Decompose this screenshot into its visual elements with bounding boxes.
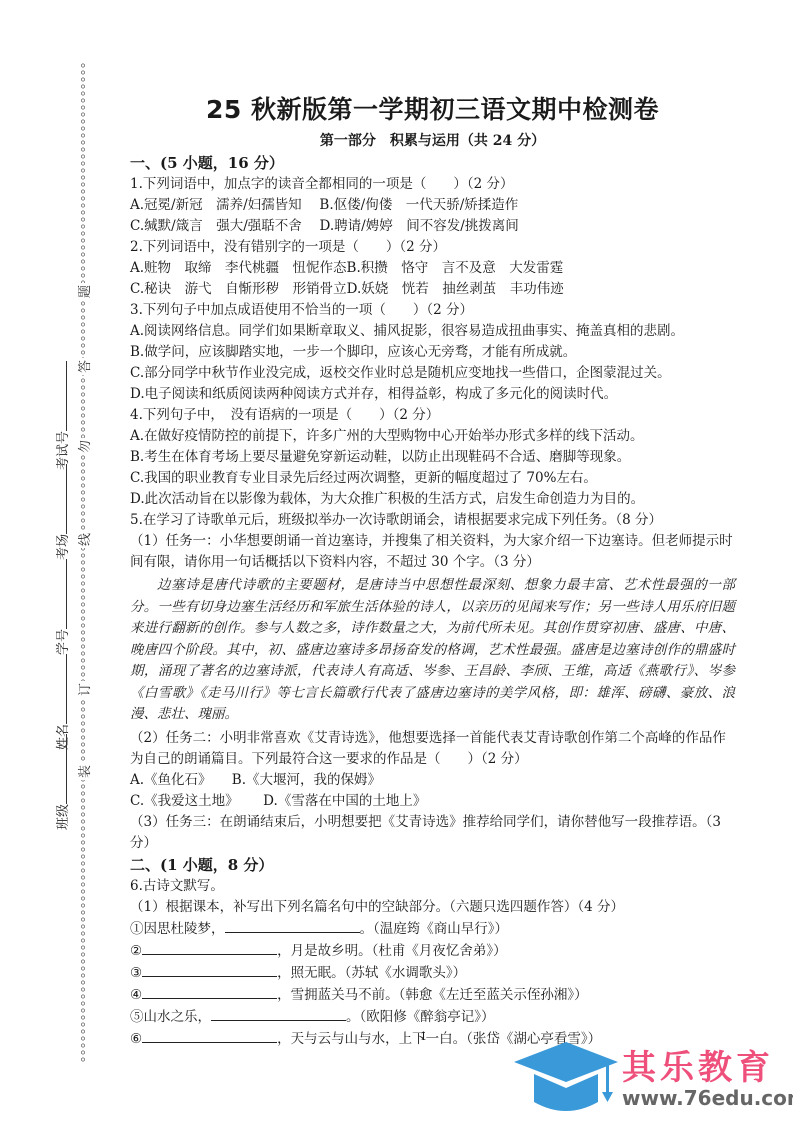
student-id-field: 学号 [52, 559, 71, 655]
exam-room-field: 考场 [52, 464, 71, 560]
binding-margin: 考试号 考场 学号 姓名 班级 题 答 勿 线 订 装 [0, 0, 120, 1122]
task-1-prompt: （1）任务一：小华想要朗诵一首边塞诗，并搜集了相关资料，为大家介绍一下边塞诗。但… [130, 531, 735, 573]
answer-blank[interactable] [211, 1006, 346, 1021]
fill-item-4: ④，雪拥蓝关马不前。（韩愈《左迁至蓝关示侄孙湘》） [130, 984, 735, 1006]
exam-number-field: 考试号 [52, 361, 71, 470]
section-2-heading: 二、(1 小题，8 分） [130, 854, 735, 876]
answer-blank[interactable] [225, 918, 360, 933]
fill-item-1: ①因思杜陵梦，。（温庭筠《商山早行》） [130, 918, 735, 940]
page-number: 1 [420, 1030, 427, 1043]
class-field: 班级 [52, 734, 71, 830]
question-6: 6.古诗文默写。 （1）根据课本，补写出下列名篇名句中的空缺部分。（六题只选四题… [130, 876, 735, 1050]
part-heading: 第一部分 积累与运用（共 24 分） [130, 130, 735, 150]
answer-blank[interactable] [142, 984, 277, 999]
seal-word-ti: 题 [74, 283, 93, 300]
option-line: B.做学问，应该脚踏实地，一步一个脚印，应该心无旁骛，才能有所成就。 [130, 342, 735, 363]
option-line: C.部分同学中秋节作业没完成，返校交作业时总是随机应变地找一些借口，企图蒙混过关… [130, 363, 735, 384]
graduation-cap-icon [510, 1040, 620, 1120]
option-line: D.电子阅读和纸质阅读两种阅读方式并存，相得益彰，构成了多元化的阅读时代。 [130, 384, 735, 405]
question-3: 3.下列句子中加点成语使用不恰当的一项（ ）（2 分） A.阅读网络信息。同学们… [130, 300, 735, 405]
task-3-prompt: （3）任务三：在朗诵结束后，小明想要把《艾青诗选》推荐给同学们，请你替他写一段推… [130, 812, 735, 854]
option-line: A.《鱼化石》 B.《大堰河，我的保姆》 [130, 770, 735, 791]
seal-word-ding: 订 [74, 681, 93, 698]
question-stem: 3.下列句子中加点成语使用不恰当的一项（ ）（2 分） [130, 300, 735, 321]
question-1: 1.下列词语中，加点字的读音全都相同的一项是（ ）（2 分） A.冠冕/新冠 濡… [130, 174, 735, 237]
option-line: A.阅读网络信息。同学们如果断章取义、捕风捉影，很容易造成扭曲事实、掩盖真相的悲… [130, 321, 735, 342]
question-stem: 1.下列词语中，加点字的读音全都相同的一项是（ ）（2 分） [130, 174, 735, 195]
watermark-url: www.76edu.com [622, 1086, 793, 1110]
question-5: 5.在学习了诗歌单元后，班级拟举办一次诗歌朗诵会，请根据要求完成下列任务。（8 … [130, 510, 735, 854]
question-stem: 5.在学习了诗歌单元后，班级拟举办一次诗歌朗诵会，请根据要求完成下列任务。（8 … [130, 510, 735, 531]
seal-dotted-line [80, 62, 86, 1062]
option-line: A.冠冕/新冠 濡养/妇孺皆知 B.伛偻/佝偻 一代天骄/矫揉造作 [130, 195, 735, 216]
task-2-prompt: （2）任务二：小明非常喜欢《艾青诗选》，他想要选择一首能代表艾青诗歌创作第二个高… [130, 728, 735, 770]
watermark-name: 其乐教育 [622, 1040, 774, 1089]
sub-question-1: （1）根据课本，补写出下列名篇名句中的空缺部分。（六题只选四题作答）（4 分） [130, 897, 735, 918]
option-line: A.在做好疫情防控的前提下，许多广州的大型购物中心开始举办形式多样的线下活动。 [130, 426, 735, 447]
option-line: A.赃物 取缔 李代桃疆 忸怩作态B.积攒 恪守 言不及意 大发雷霆 [130, 258, 735, 279]
watermark-logo: 其乐教育 www.76edu.com [510, 1040, 793, 1122]
section-1-heading: 一、(5 小题，16 分） [130, 152, 735, 174]
seal-word-wu: 勿 [74, 438, 93, 455]
option-line: C.缄默/箴言 强大/强聒不舍 D.聘请/娉婷 间不容发/挑拨离间 [130, 216, 735, 237]
answer-blank[interactable] [142, 940, 277, 955]
fill-item-5: ⑤山水之乐，。（欧阳修《醉翁亭记》） [130, 1006, 735, 1028]
fill-item-3: ③，照无眠。（苏轼《水调歌头》） [130, 962, 735, 984]
question-stem: 2.下列词语中，没有错别字的一项是（ ）（2 分） [130, 237, 735, 258]
answer-blank[interactable] [142, 1028, 277, 1043]
question-4: 4.下列句子中， 没有语病的一项是（ ）（2 分） A.在做好疫情防控的前提下，… [130, 405, 735, 510]
question-stem: 4.下列句子中， 没有语病的一项是（ ）（2 分） [130, 405, 735, 426]
option-line: D.此次活动旨在以影像为载体，为大众推广积极的生活方式，启发生命创造力为目的。 [130, 489, 735, 510]
exam-page: 25 秋新版第一学期初三语文期中检测卷 第一部分 积累与运用（共 24 分） 一… [130, 90, 735, 1050]
option-line: C.《我爱这土地》 D.《雪落在中国的土地上》 [130, 791, 735, 812]
option-line: B.考生在体育考场上要尽量避免穿新运动鞋，以防止出现鞋码不合适、磨脚等现象。 [130, 447, 735, 468]
option-line: C.我国的职业教育专业目录先后经过两次调整，更新的幅度超过了 70%左右。 [130, 468, 735, 489]
seal-word-xian: 线 [74, 531, 93, 548]
exam-title: 25 秋新版第一学期初三语文期中检测卷 [130, 90, 735, 126]
question-stem: 6.古诗文默写。 [130, 876, 735, 897]
answer-blank[interactable] [142, 962, 277, 977]
reading-passage: 边塞诗是唐代诗歌的主要题材，是唐诗当中思想性最深刻、想象力最丰富、艺术性最强的一… [130, 575, 735, 726]
fill-item-2: ②，月是故乡明。（杜甫《月夜忆舍弟》） [130, 940, 735, 962]
seal-word-zhuang: 装 [74, 763, 93, 780]
seal-word-da: 答 [74, 358, 93, 375]
question-2: 2.下列词语中，没有错别字的一项是（ ）（2 分） A.赃物 取缔 李代桃疆 忸… [130, 237, 735, 300]
option-line: C.秘诀 游弋 自惭形秽 形销骨立D.妖娆 恍若 抽丝剥茧 丰功伟迹 [130, 279, 735, 300]
